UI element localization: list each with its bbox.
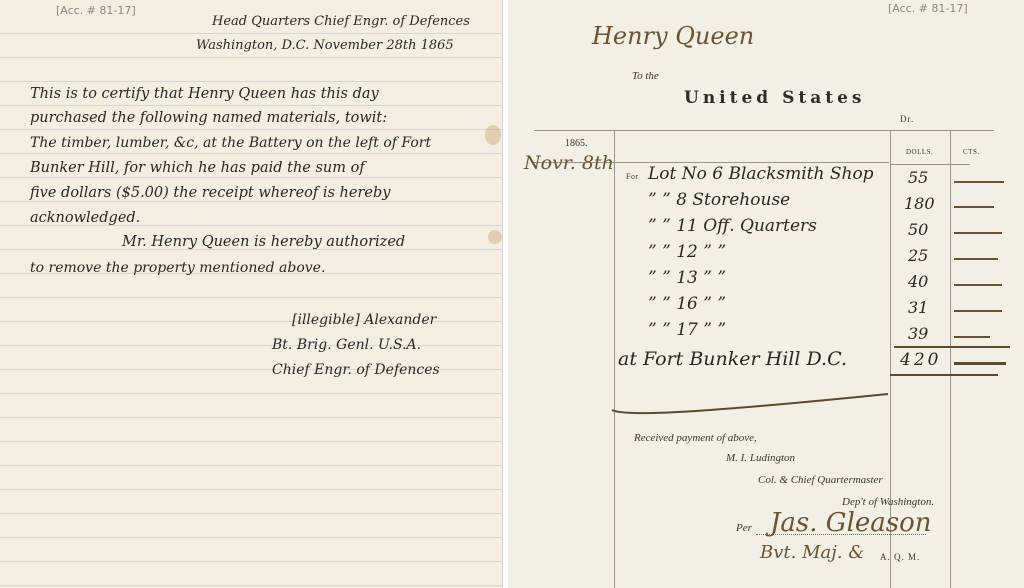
cents-dash: [954, 336, 990, 338]
authorization-line: Mr. Henry Queen is hereby authorized: [122, 234, 405, 250]
entry-date: Novr. 8th: [524, 152, 614, 174]
cents-dash: [954, 181, 1004, 183]
cents-dash: [954, 310, 1002, 312]
heading-line-2: Washington, D.C. November 28th 1865: [196, 38, 454, 53]
signature-name: [illegible] Alexander: [292, 312, 436, 328]
signature-rank: Bt. Brig. Genl. U.S.A.: [272, 337, 421, 353]
line-item-dollars: 40: [908, 272, 928, 291]
payee-heading: United States: [684, 88, 866, 108]
line-item-description: ” ” 11 Off. Quarters: [648, 216, 817, 236]
dolls-header: DOLLS.: [906, 148, 933, 156]
line-item-dollars: 55: [908, 168, 928, 187]
total-rule: [894, 346, 1010, 348]
line-item-dollars: 50: [908, 220, 928, 239]
heading-line-1: Head Quarters Chief Engr. of Defences: [212, 14, 470, 29]
cts-column-divider: [950, 131, 951, 588]
location-line: at Fort Bunker Hill D.C.: [618, 348, 847, 370]
department-name: Dep't of Washington.: [842, 496, 934, 508]
dr-label: Dr.: [900, 114, 914, 124]
table-top-rule: [534, 130, 994, 131]
cents-dash: [954, 258, 998, 260]
per-signature: Jas. Gleason: [770, 508, 932, 538]
total-cents-dash: [954, 362, 1006, 365]
per-label: Per: [736, 522, 752, 534]
line-item-description: ” ” 8 Storehouse: [648, 190, 790, 210]
year-label: 1865.: [565, 138, 588, 149]
certificate-page: [Acc. # 81-17] Head Quarters Chief Engr.…: [0, 0, 503, 588]
authorization-line: to remove the property mentioned above.: [30, 260, 325, 276]
voucher-page: [Acc. # 81-17] Henry Queen To the United…: [508, 0, 1024, 588]
line-item-dollars: 31: [908, 298, 928, 317]
date-column-divider: [614, 131, 615, 588]
line-item-dollars: 39: [908, 324, 928, 343]
total-underline: [890, 374, 998, 376]
header-rule: [614, 162, 889, 163]
total-amount: 420: [900, 350, 941, 370]
per-rank: Bvt. Maj. &: [760, 542, 864, 563]
body-line: The timber, lumber, &c, at the Battery o…: [30, 135, 431, 151]
cts-header: CTS.: [963, 148, 980, 156]
cents-dash: [954, 232, 1002, 234]
amount-header-rule: [890, 164, 970, 165]
signature-title: Chief Engr. of Defences: [272, 362, 440, 378]
officer-title: Col. & Chief Quartermaster: [758, 474, 883, 486]
body-line: acknowledged.: [30, 210, 140, 226]
closing-flourish: [608, 388, 898, 418]
body-line: Bunker Hill, for which he has paid the s…: [30, 160, 365, 176]
aqm-label: A. Q. M.: [880, 552, 920, 562]
accession-note: [Acc. # 81-17]: [56, 4, 136, 17]
paper-stain: [485, 125, 501, 145]
line-item-description: ” ” 13 ” ”: [648, 268, 726, 288]
accession-note: [Acc. # 81-17]: [888, 2, 968, 15]
line-item-description: ” ” 12 ” ”: [648, 242, 726, 262]
for-label: For: [626, 172, 639, 181]
received-payment-text: Received payment of above,: [634, 432, 757, 444]
body-line: five dollars ($5.00) the receipt whereof…: [30, 185, 390, 201]
officer-name: M. I. Ludington: [726, 452, 795, 464]
line-item-description: Lot No 6 Blacksmith Shop: [648, 164, 874, 184]
line-item-dollars: 180: [904, 194, 935, 213]
body-line: purchased the following named materials,…: [30, 110, 387, 126]
line-item-dollars: 25: [908, 246, 928, 265]
paper-stain: [488, 230, 502, 244]
body-line: This is to certify that Henry Queen has …: [30, 86, 379, 102]
to-the-label: To the: [632, 70, 659, 82]
cents-dash: [954, 284, 1002, 286]
cents-dash: [954, 206, 994, 208]
line-item-description: ” ” 17 ” ”: [648, 320, 726, 340]
payer-name: Henry Queen: [592, 22, 754, 50]
line-item-description: ” ” 16 ” ”: [648, 294, 726, 314]
